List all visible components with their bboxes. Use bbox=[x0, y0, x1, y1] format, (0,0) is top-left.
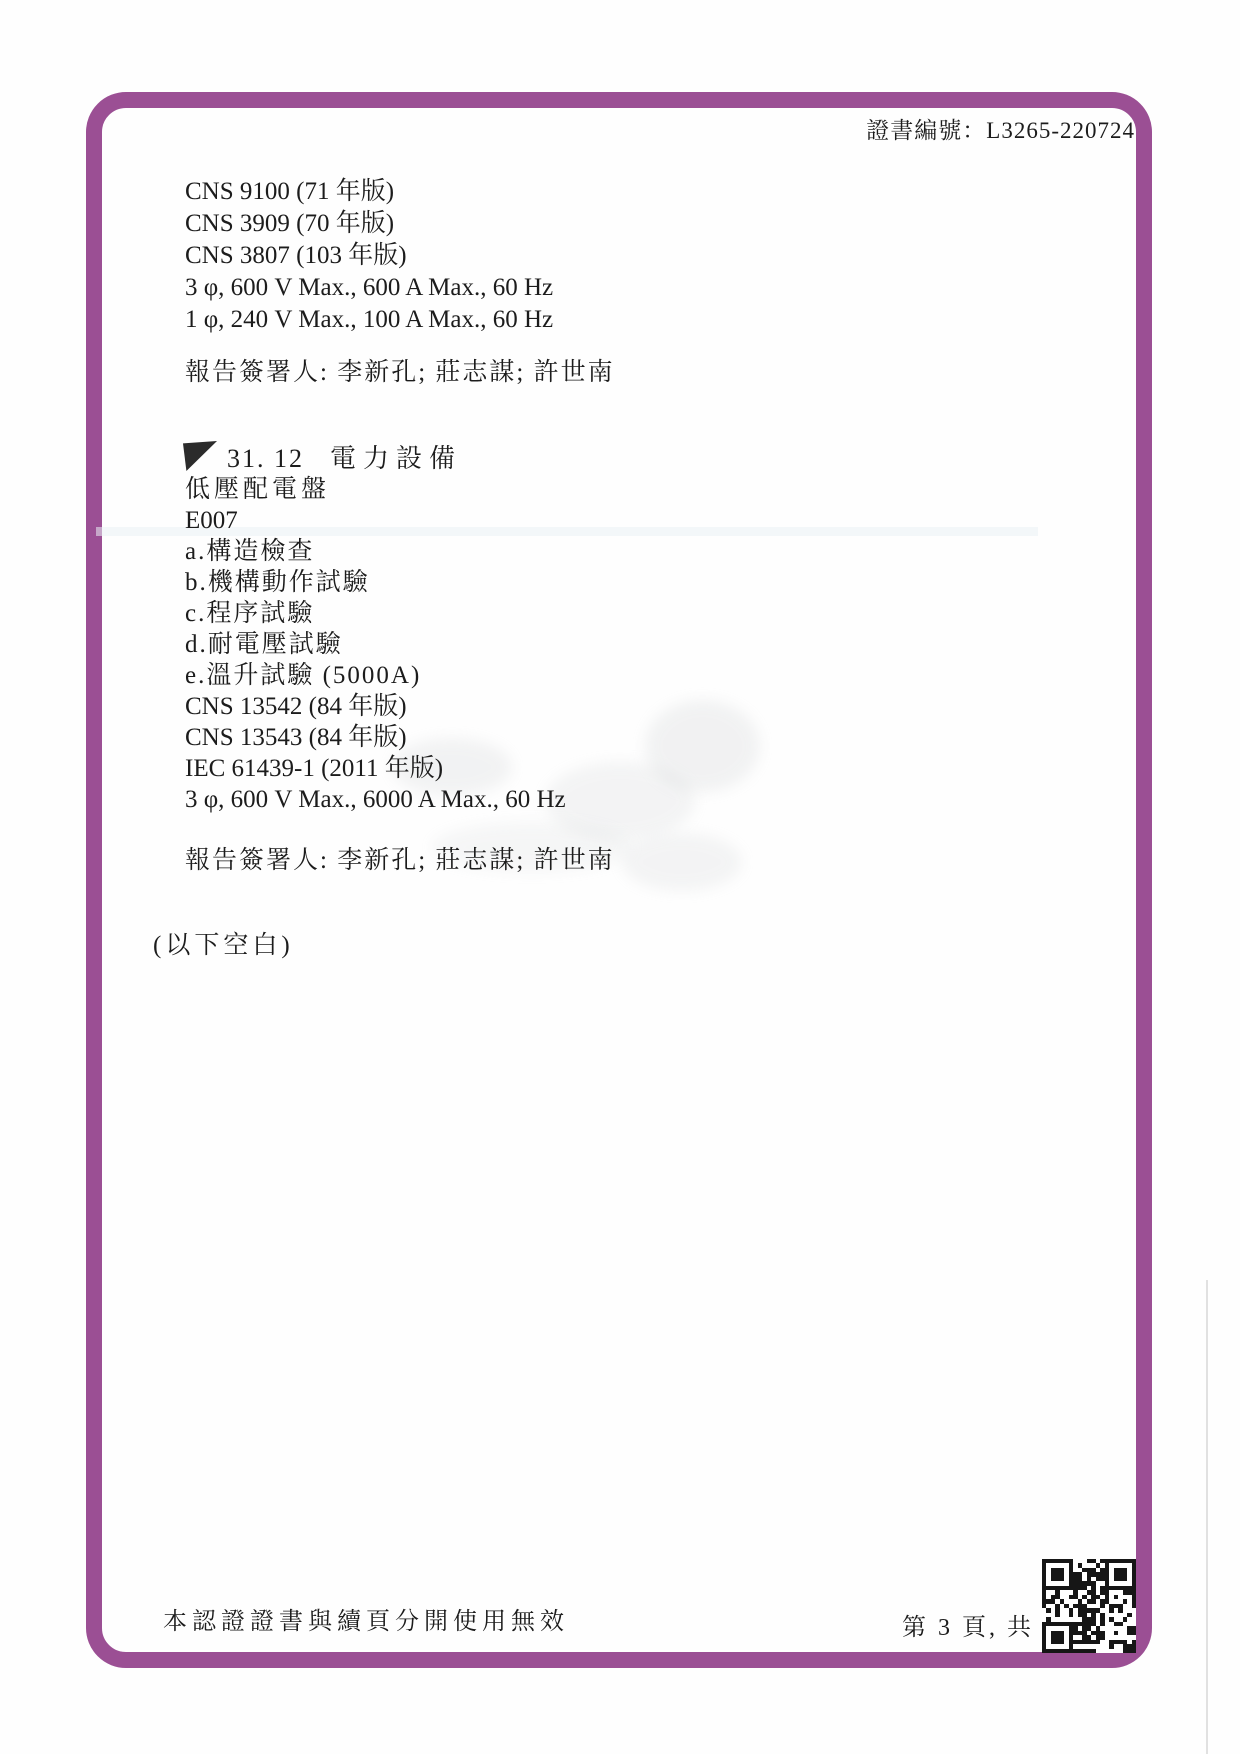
certificate-number: 證書編號：L3265-220724 bbox=[866, 112, 1135, 145]
standard-line: CNS 13543 (84 年版) bbox=[185, 722, 566, 753]
certificate-number-value: L3265-220724 bbox=[986, 118, 1135, 143]
section-heading: 31. 12電力設備 bbox=[183, 438, 462, 475]
test-item: c.程序試驗 bbox=[185, 598, 566, 629]
qr-code bbox=[1042, 1559, 1136, 1653]
standard-line: IEC 61439-1 (2011 年版) bbox=[185, 753, 566, 784]
test-item: b.機構動作試驗 bbox=[185, 567, 566, 598]
test-item: d.耐電壓試驗 bbox=[185, 629, 566, 660]
section-number: 31. 12 bbox=[227, 444, 304, 473]
blank-below-note: (以下空白) bbox=[153, 925, 294, 961]
test-item: a.構造檢查 bbox=[185, 536, 566, 567]
standard-line: CNS 13542 (84 年版) bbox=[185, 691, 566, 722]
standard-line: CNS 3807 (103 年版) bbox=[185, 240, 553, 272]
scan-smudge bbox=[622, 833, 742, 891]
report-signers: 報告簽署人: 李新孔; 莊志謀; 許世南 bbox=[185, 840, 615, 876]
scan-edge-line bbox=[1206, 1280, 1208, 1754]
section-marker-triangle-icon bbox=[183, 441, 217, 471]
equipment-name: 低壓配電盤 bbox=[185, 474, 566, 505]
certificate-number-label: 證書編號： bbox=[866, 118, 986, 143]
standard-line: CNS 3909 (70 年版) bbox=[185, 208, 553, 240]
rating-line: 1 φ, 240 V Max., 100 A Max., 60 Hz bbox=[185, 304, 553, 336]
standard-line: CNS 9100 (71 年版) bbox=[185, 176, 553, 208]
report-signers: 報告簽署人: 李新孔; 莊志謀; 許世南 bbox=[185, 352, 615, 388]
test-item: e.溫升試驗 (5000A) bbox=[185, 660, 566, 691]
footer-validity-note: 本認證證書與續頁分開使用無效 bbox=[163, 1601, 569, 1636]
certificate-page: 證書編號：L3265-220724 CNS 9100 (71 年版) CNS 3… bbox=[0, 0, 1240, 1754]
scan-smudge bbox=[645, 700, 760, 792]
section-standards-block: CNS 9100 (71 年版) CNS 3909 (70 年版) CNS 38… bbox=[185, 176, 553, 336]
rating-line: 3 φ, 600 V Max., 600 A Max., 60 Hz bbox=[185, 272, 553, 304]
rating-line: 3 φ, 600 V Max., 6000 A Max., 60 Hz bbox=[185, 784, 566, 815]
section-title: 電力設備 bbox=[330, 444, 462, 473]
section-detail-block: 低壓配電盤 E007 a.構造檢查 b.機構動作試驗 c.程序試驗 d.耐電壓試… bbox=[185, 474, 566, 815]
equipment-code: E007 bbox=[185, 505, 566, 536]
